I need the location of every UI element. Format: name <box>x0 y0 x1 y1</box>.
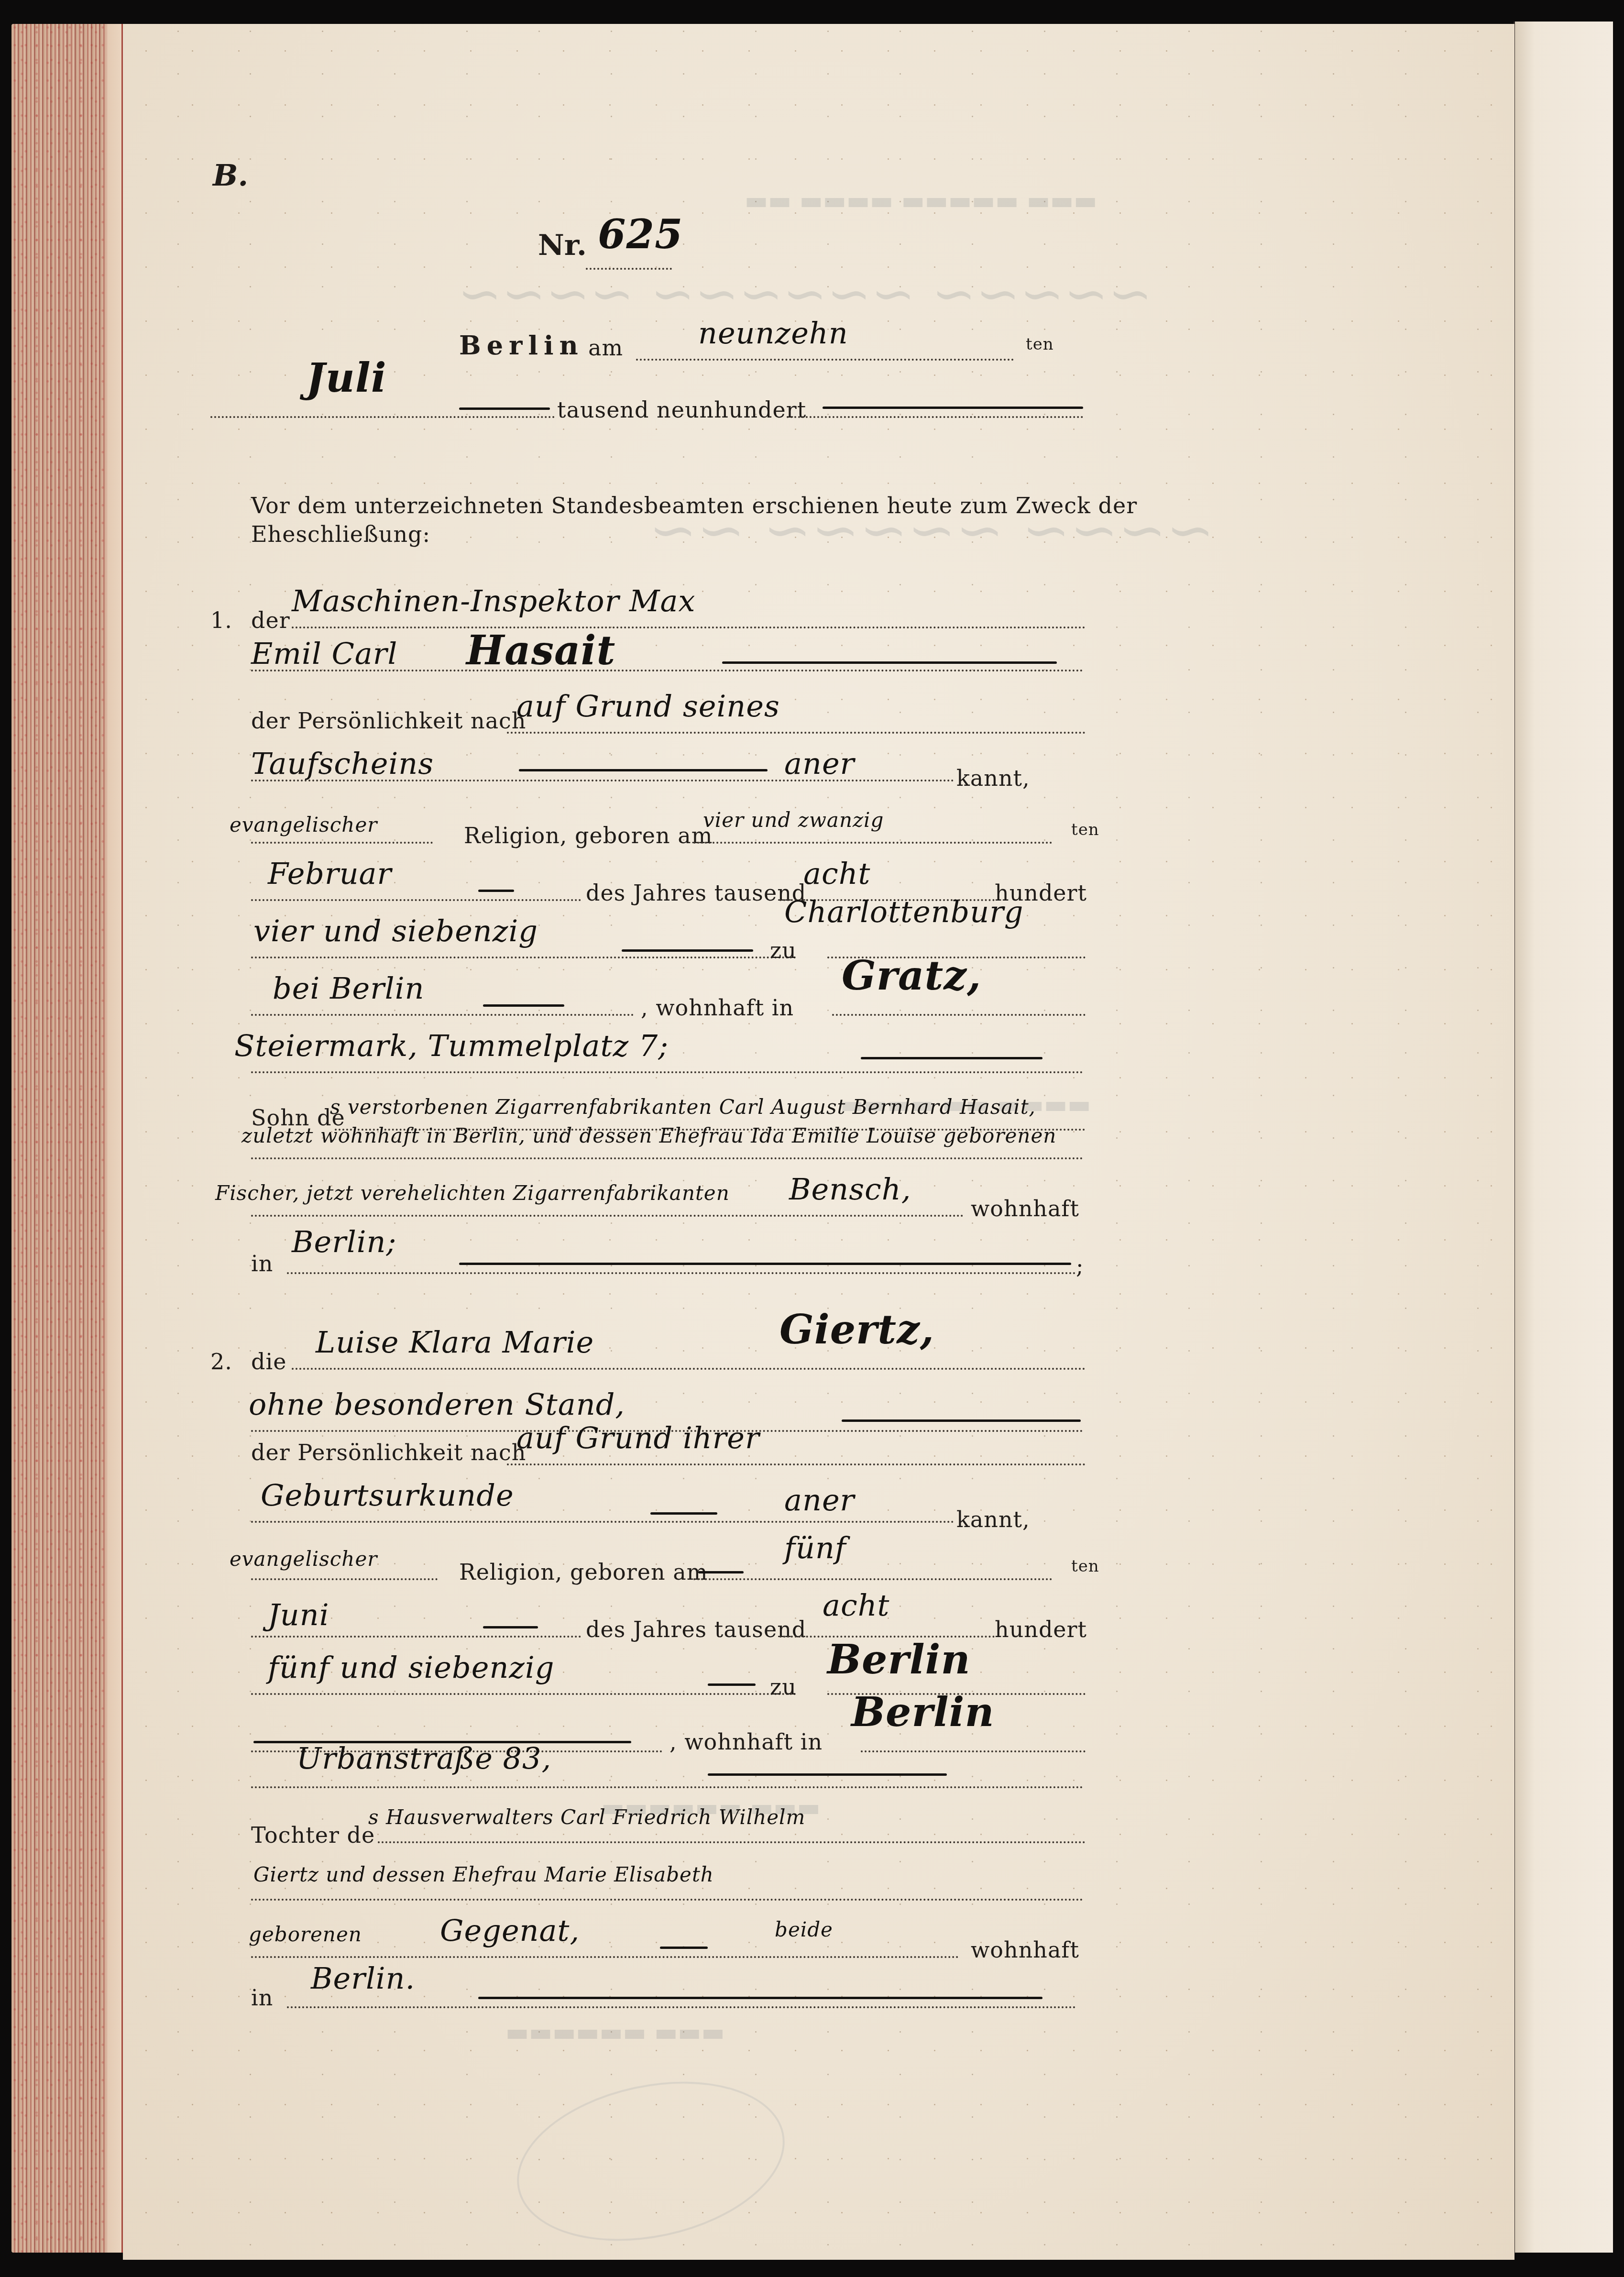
party1-address: Steiermark, Tummelplatz 7; <box>234 1028 669 1063</box>
party2-parents-name: Gegenat, <box>440 1913 580 1948</box>
party2-year-rest: fünf und siebenzig <box>268 1650 555 1685</box>
place-label: Berlin <box>459 330 584 361</box>
party1-parents-line-3 <box>251 1215 964 1217</box>
party2-identity-filler <box>650 1512 717 1515</box>
party2-birth-day: fünf <box>784 1530 846 1565</box>
party1-identity-doc: Taufscheins <box>251 746 434 781</box>
party1-end-semicolon: ; <box>1076 1253 1084 1279</box>
party1-year-rest-line <box>251 957 796 958</box>
party2-parents-in: in <box>251 1985 273 2011</box>
party1-birth-month: Februar <box>268 856 392 891</box>
party1-occupation: Maschinen-Inspektor Max <box>292 583 695 618</box>
party2-identity-label: der Persönlichkeit nach <box>251 1440 526 1465</box>
party2-residence-line <box>861 1750 1086 1752</box>
party2-kannt: kannt, <box>956 1507 1030 1532</box>
party1-birthplace-filler <box>483 1004 564 1007</box>
party2-birth-month: Juni <box>268 1597 329 1632</box>
party2-hundert: hundert <box>995 1617 1087 1642</box>
party2-birthday-line <box>693 1578 1052 1580</box>
party2-surname: Giertz, <box>779 1306 934 1353</box>
party1-anerkannt: aner <box>784 746 855 781</box>
party2-parents-beide: beide <box>775 1918 833 1941</box>
party2-status: ohne besonderen Stand, <box>249 1387 625 1422</box>
party2-month-line <box>251 1636 581 1638</box>
party1-religion-label: Religion, geboren am <box>464 823 713 848</box>
party1-given-names: Emil Carl <box>251 636 397 671</box>
day-handwritten: neunzehn <box>698 316 848 351</box>
party2-index: 2. <box>210 1349 232 1375</box>
party2-wohnhaft-label: , wohnhaft in <box>669 1729 823 1755</box>
party2-parents-line-1 <box>378 1841 1086 1843</box>
party2-parents-residence-line <box>287 2006 1076 2008</box>
month-handwritten: Juli <box>306 354 387 401</box>
party1-year-filler <box>622 949 753 952</box>
party2-birthplace: Berlin <box>827 1636 971 1683</box>
party1-parents-name: Bensch, <box>789 1172 911 1207</box>
party1-birthday-line <box>693 842 1052 844</box>
party2-century: acht <box>823 1588 890 1623</box>
party2-anerkannt: aner <box>784 1483 855 1518</box>
year-line <box>787 416 1083 418</box>
party1-year-label: des Jahres tausend <box>586 880 806 906</box>
record-number-line <box>586 268 672 270</box>
month-filler-stroke <box>459 407 550 410</box>
party1-parents-residence: Berlin; <box>292 1224 396 1259</box>
party1-address-line <box>251 1071 1083 1073</box>
party2-religion-line <box>251 1578 438 1580</box>
party2-birth-ten: ten <box>1071 1557 1099 1576</box>
party1-surname: Hasait <box>466 627 615 674</box>
party1-birth-ten: ten <box>1071 820 1099 839</box>
party2-address: Urbanstraße 83, <box>296 1741 551 1776</box>
party2-parents-line-2-text: Giertz und dessen Ehefrau Marie Elisabet… <box>253 1863 714 1886</box>
intro-line-2: Eheschließung: <box>251 521 430 547</box>
party2-status-filler <box>842 1419 1081 1422</box>
party1-address-filler <box>861 1057 1042 1059</box>
day-suffix: ten <box>1026 335 1054 354</box>
party2-year-label: des Jahres tausend <box>586 1617 806 1642</box>
party1-article: der <box>251 607 290 633</box>
party1-year-rest: vier und siebenzig <box>253 913 538 948</box>
party2-residence: Berlin <box>851 1688 995 1736</box>
party2-address-line <box>251 1786 1083 1788</box>
party2-name-line <box>292 1368 1086 1370</box>
party1-identity-value: auf Grund seines <box>516 689 780 724</box>
party1-birthplace2-line <box>251 1014 634 1016</box>
party2-birthday-filler <box>698 1571 744 1573</box>
party2-parents-filler <box>660 1947 708 1949</box>
party2-year-rest-line <box>251 1693 796 1695</box>
party2-given-names: Luise Klara Marie <box>316 1325 594 1360</box>
party1-parents-line-1-text: s verstorbenen Zigarrenfabrikanten Carl … <box>330 1095 1036 1119</box>
party1-kannt: kannt, <box>956 765 1030 791</box>
month-line <box>210 416 555 418</box>
marriage-record-form: B. Nr. 625 Berlin am neunzehn ten Juli t… <box>0 0 1624 2277</box>
party2-identity-doc-line <box>251 1521 954 1523</box>
day-line <box>636 359 1014 361</box>
party1-wohnhaft-label: , wohnhaft in <box>641 995 794 1021</box>
party1-birthplace-2: bei Berlin <box>273 971 424 1006</box>
party2-parents-label: Tochter de <box>251 1822 375 1848</box>
intro-line-1: Vor dem unterzeichneten Standesbeamten e… <box>251 493 1137 518</box>
party1-parents-in: in <box>251 1251 273 1276</box>
party1-month-filler <box>478 890 514 892</box>
party2-religion-label: Religion, geboren am <box>459 1559 708 1585</box>
year-label: tausend neunhundert <box>557 397 806 423</box>
party1-month-line <box>251 899 581 901</box>
party2-identity-line <box>507 1463 1086 1465</box>
party2-parents-line-3 <box>251 1956 959 1958</box>
party2-parents-residence-filler <box>478 1997 1042 1999</box>
party1-parents-line-3-text: Fischer, jetzt verehelichten Zigarrenfab… <box>215 1181 730 1205</box>
party1-parents-residence-filler <box>459 1263 1071 1265</box>
party1-line-1 <box>292 627 1086 628</box>
party1-zu-label: zu <box>770 937 797 963</box>
section-letter: B. <box>213 158 248 193</box>
party1-identity-filler <box>519 769 768 771</box>
party2-article: die <box>251 1349 286 1375</box>
party2-zu-label: zu <box>770 1674 797 1700</box>
party2-parents-residence: Berlin. <box>311 1961 415 1996</box>
party2-identity-value: auf Grund ihrer <box>516 1420 760 1455</box>
party2-parents-line-3-text: geborenen <box>249 1923 362 1946</box>
party1-birth-day: vier und zwanzig <box>703 808 884 832</box>
am-label: am <box>588 335 623 361</box>
party1-parents-line-2-text: zuletzt wohnhaft in Berlin, und dessen E… <box>241 1124 1056 1147</box>
party1-parents-residence-line <box>287 1272 1076 1274</box>
party2-month-filler <box>483 1626 538 1628</box>
party1-name-filler <box>722 661 1057 664</box>
record-number-value: 625 <box>598 210 683 258</box>
record-number-label: Nr. <box>538 229 587 262</box>
party1-parents-wohnhaft: wohnhaft <box>971 1196 1079 1221</box>
year-filler-stroke <box>823 407 1083 409</box>
party1-century: acht <box>803 856 871 891</box>
party1-religion-value: evangelischer <box>230 813 377 836</box>
party1-religion-line <box>251 842 433 844</box>
party1-residence: Gratz, <box>842 952 981 999</box>
party1-parents-line-2 <box>251 1157 1083 1159</box>
party2-parents-line-2 <box>251 1899 1083 1901</box>
party2-identity-doc: Geburtsurkunde <box>261 1478 514 1513</box>
party2-parents-wohnhaft: wohnhaft <box>971 1937 1079 1963</box>
party1-identity-line <box>507 732 1086 734</box>
party1-residence-line <box>832 1014 1086 1016</box>
party2-year-filler <box>708 1683 756 1686</box>
party2-address-filler <box>708 1773 947 1776</box>
party2-religion-value: evangelischer <box>230 1547 377 1571</box>
party2-parents-line-1-text: s Hausverwalters Carl Friedrich Wilhelm <box>368 1805 805 1829</box>
party1-birthplace: Charlottenburg <box>784 894 1024 929</box>
party1-identity-label: der Persönlichkeit nach <box>251 708 526 734</box>
party1-index: 1. <box>210 607 232 633</box>
